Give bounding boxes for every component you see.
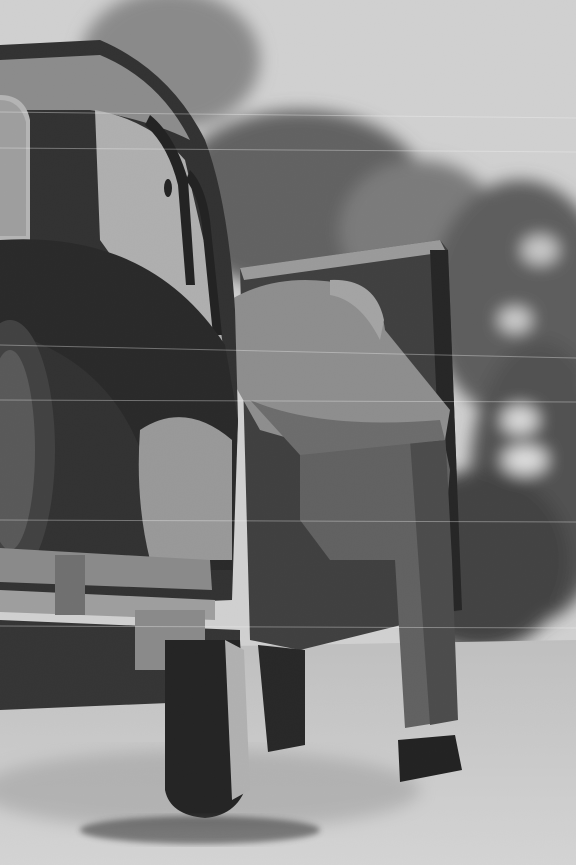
newspaper-photo <box>0 0 576 865</box>
photo-scene <box>0 0 576 865</box>
